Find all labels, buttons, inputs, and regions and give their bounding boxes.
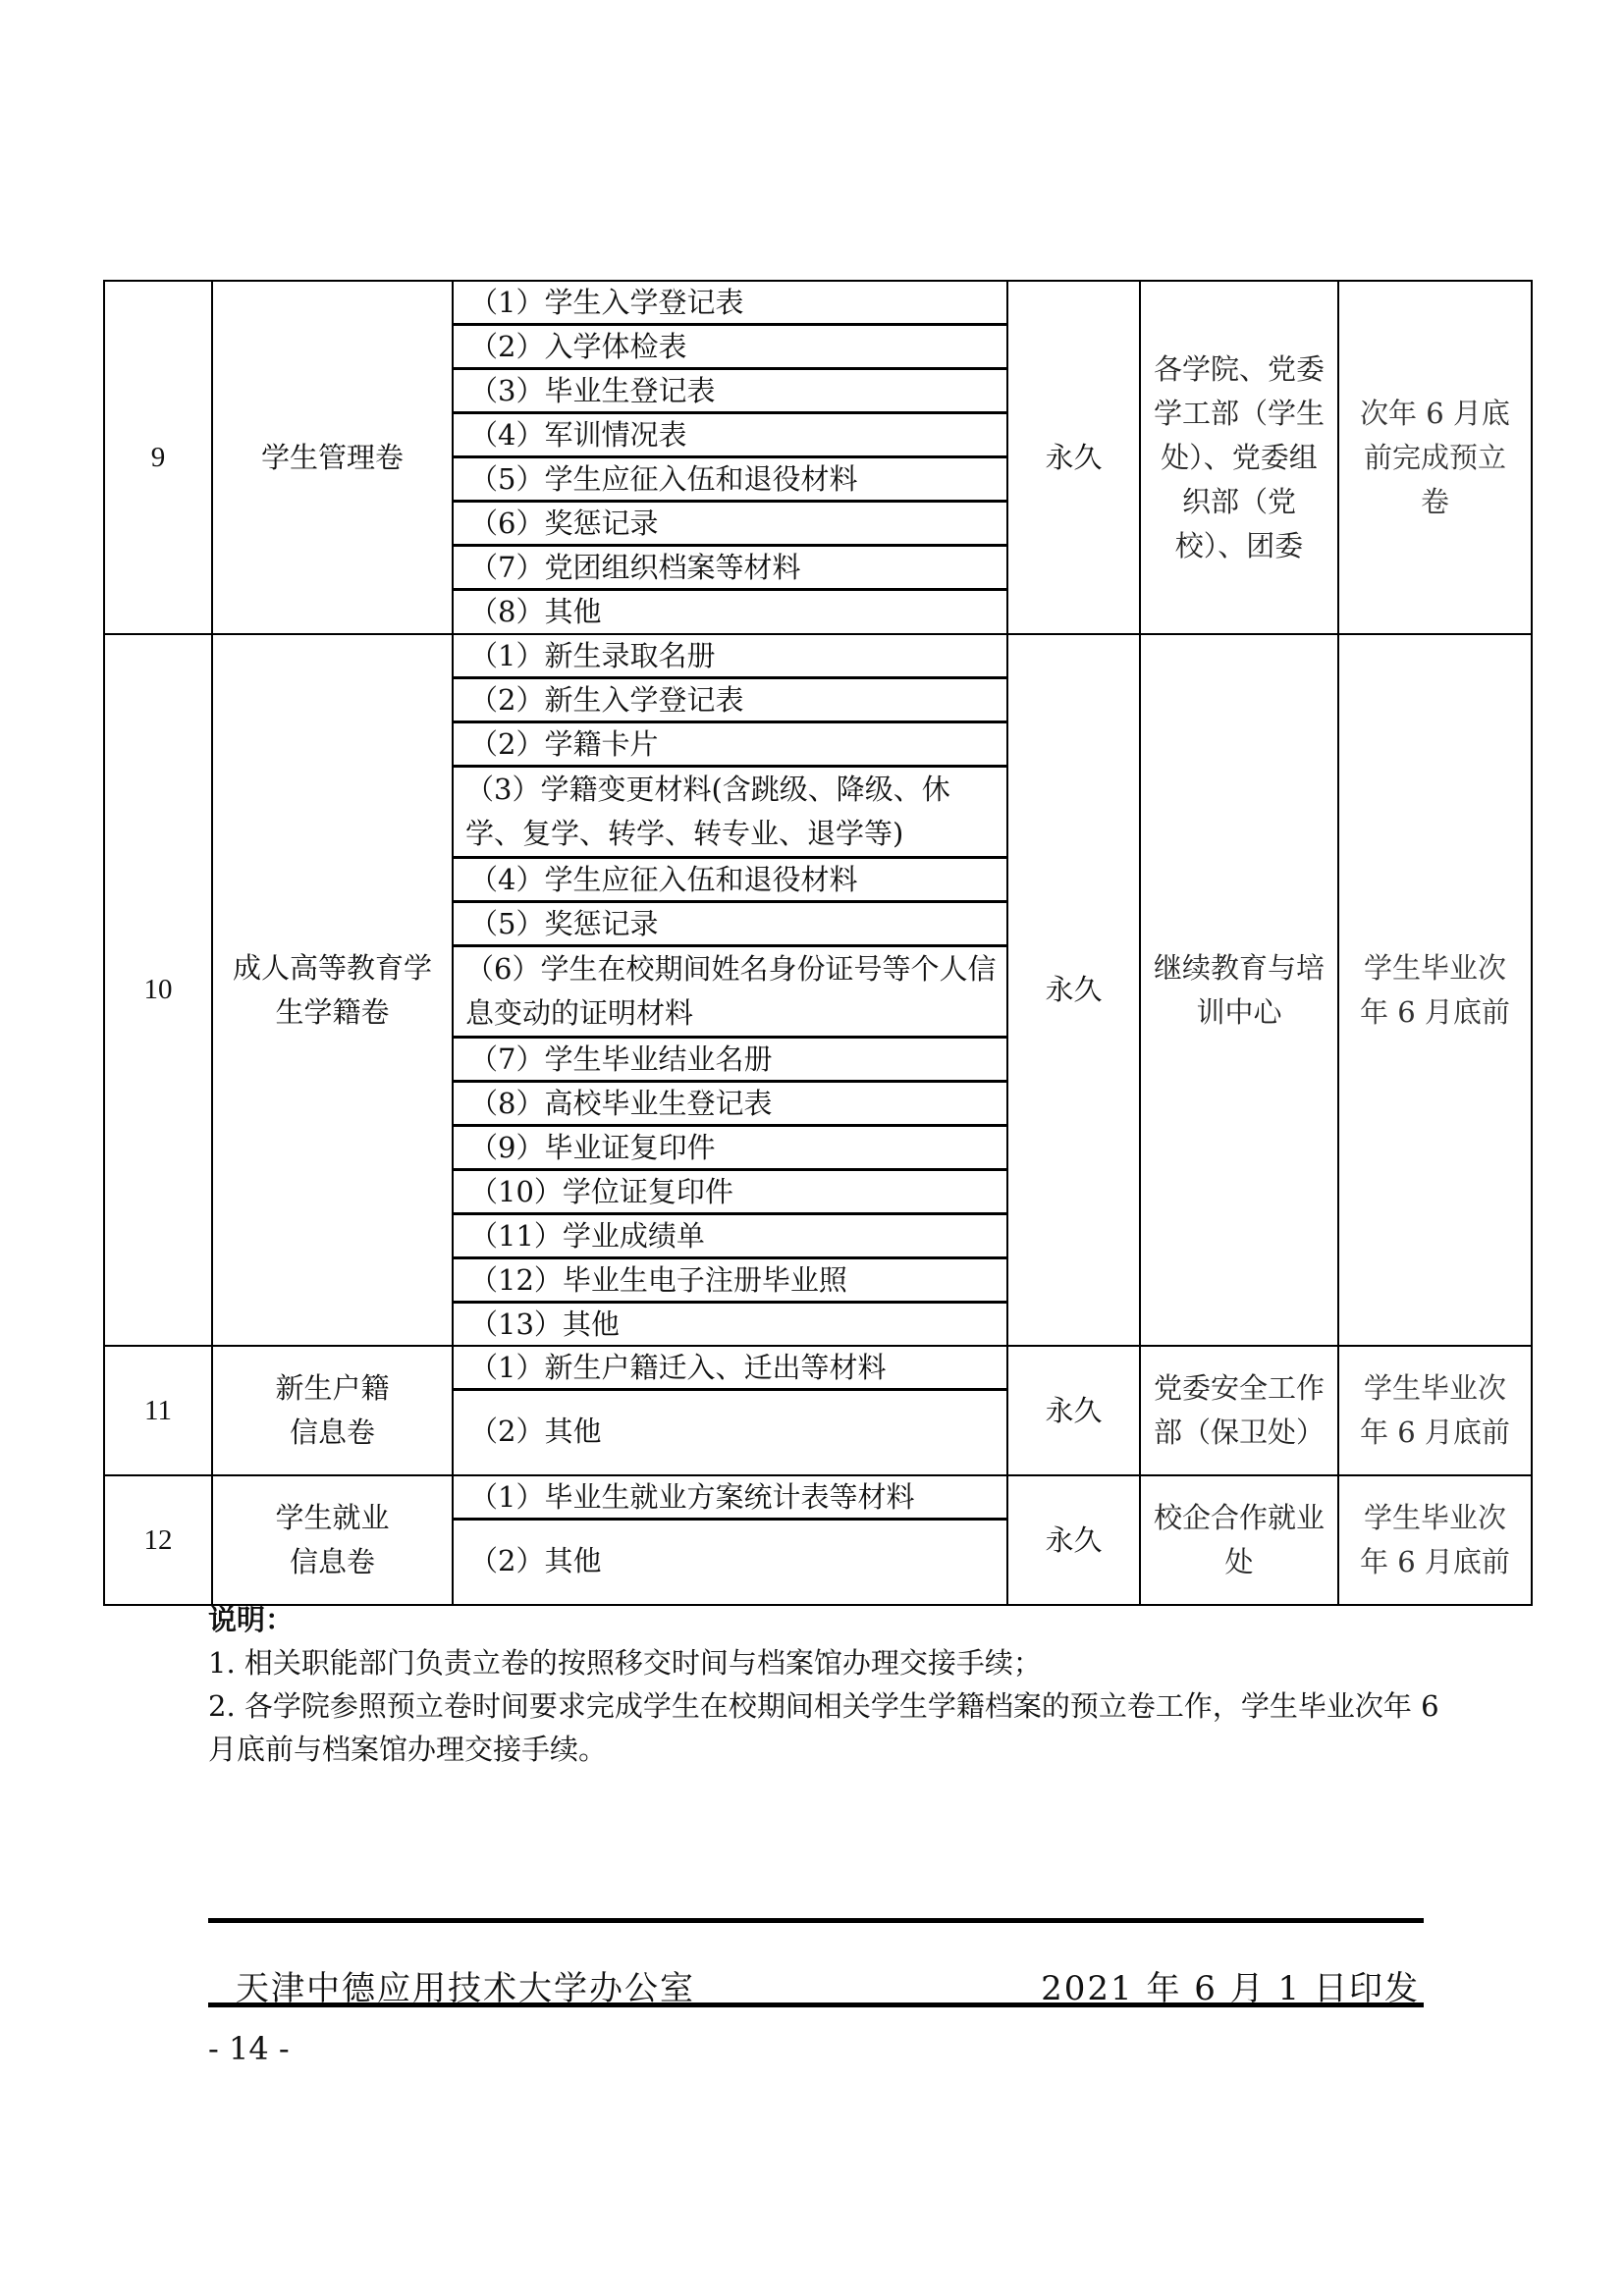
row-number: 11 (104, 1346, 212, 1475)
list-item: （2）入学体检表 (454, 326, 1006, 370)
list-item: （5）学生应征入伍和退役材料 (454, 458, 1006, 503)
responsible-department: 各学院、党委学工部（学生处）、党委组织部（党校）、团委 (1140, 281, 1338, 634)
notes-section: 说明： 1. 相关职能部门负责立卷的按照移交时间与档案馆办理交接手续； 2. 各… (208, 1598, 1445, 1771)
list-item: （7）党团组织档案等材料 (454, 547, 1006, 591)
list-item: （1）新生户籍迁入、迁出等材料 (454, 1347, 1006, 1391)
list-item: （4）学生应征入伍和退役材料 (454, 859, 1006, 903)
list-item: （10）学位证复印件 (454, 1171, 1006, 1215)
list-item: （1）毕业生就业方案统计表等材料 (454, 1476, 1006, 1521)
list-item: （13）其他 (454, 1304, 1006, 1345)
item-list: （1）学生入学登记表 （2）入学体检表 （3）毕业生登记表 （4）军训情况表 （… (453, 281, 1007, 634)
list-item: （3）学籍变更材料(含跳级、降级、休学、复学、转学、转专业、退学等) (454, 768, 1006, 859)
volume-title: 成人高等教育学生学籍卷 (212, 634, 453, 1346)
table-row: 12 学生就业信息卷 （1）毕业生就业方案统计表等材料 （2）其他 永久 校企合… (104, 1475, 1532, 1605)
list-item: （12）毕业生电子注册毕业照 (454, 1259, 1006, 1304)
list-item: （6）奖惩记录 (454, 503, 1006, 547)
page-number: - 14 - (208, 2030, 290, 2067)
item-list: （1）新生户籍迁入、迁出等材料 （2）其他 (453, 1346, 1007, 1475)
note-line: 2. 各学院参照预立卷时间要求完成学生在校期间相关学生学籍档案的预立卷工作，学生… (208, 1684, 1445, 1771)
list-item: （5）奖惩记录 (454, 903, 1006, 947)
list-item: （11）学业成绩单 (454, 1215, 1006, 1259)
table-row: 10 成人高等教育学生学籍卷 （1）新生录取名册 （2）新生入学登记表 （2）学… (104, 634, 1532, 1346)
responsible-department: 校企合作就业处 (1140, 1475, 1338, 1605)
retention-period: 永久 (1007, 281, 1140, 634)
list-item: （2）新生入学登记表 (454, 679, 1006, 723)
deadline: 次年 6 月底前完成预立卷 (1338, 281, 1532, 634)
row-number: 12 (104, 1475, 212, 1605)
list-item: （6）学生在校期间姓名身份证号等个人信息变动的证明材料 (454, 947, 1006, 1039)
archive-table: 9 学生管理卷 （1）学生入学登记表 （2）入学体检表 （3）毕业生登记表 （4… (103, 280, 1533, 1606)
deadline: 学生毕业次年 6 月底前 (1338, 634, 1532, 1346)
row-number: 10 (104, 634, 212, 1346)
volume-title: 新生户籍信息卷 (212, 1346, 453, 1475)
retention-period: 永久 (1007, 1475, 1140, 1605)
responsible-department: 党委安全工作部（保卫处） (1140, 1346, 1338, 1475)
item-list: （1）新生录取名册 （2）新生入学登记表 （2）学籍卡片 （3）学籍变更材料(含… (453, 634, 1007, 1346)
table-row: 11 新生户籍信息卷 （1）新生户籍迁入、迁出等材料 （2）其他 永久 党委安全… (104, 1346, 1532, 1475)
row-number: 9 (104, 281, 212, 634)
list-item: （8）其他 (454, 591, 1006, 632)
document-page: 9 学生管理卷 （1）学生入学登记表 （2）入学体检表 （3）毕业生登记表 （4… (0, 0, 1624, 2296)
responsible-department: 继续教育与培训中心 (1140, 634, 1338, 1346)
volume-title: 学生就业信息卷 (212, 1475, 453, 1605)
item-list: （1）毕业生就业方案统计表等材料 （2）其他 (453, 1475, 1007, 1605)
list-item: （3）毕业生登记表 (454, 370, 1006, 414)
notes-title: 说明： (208, 1598, 1445, 1641)
list-item: （2）其他 (454, 1521, 1006, 1601)
list-item: （1）新生录取名册 (454, 635, 1006, 679)
retention-period: 永久 (1007, 1346, 1140, 1475)
note-line: 1. 相关职能部门负责立卷的按照移交时间与档案馆办理交接手续； (208, 1641, 1445, 1684)
list-item: （9）毕业证复印件 (454, 1127, 1006, 1171)
footer-bottom-rule (208, 2002, 1424, 2007)
list-item: （2）学籍卡片 (454, 723, 1006, 768)
deadline: 学生毕业次年 6 月底前 (1338, 1346, 1532, 1475)
retention-period: 永久 (1007, 634, 1140, 1346)
volume-title: 学生管理卷 (212, 281, 453, 634)
list-item: （2）其他 (454, 1391, 1006, 1471)
list-item: （8）高校毕业生登记表 (454, 1083, 1006, 1127)
list-item: （7）学生毕业结业名册 (454, 1039, 1006, 1083)
list-item: （4）军训情况表 (454, 414, 1006, 458)
footer-top-rule (208, 1918, 1424, 1923)
table-row: 9 学生管理卷 （1）学生入学登记表 （2）入学体检表 （3）毕业生登记表 （4… (104, 281, 1532, 634)
list-item: （1）学生入学登记表 (454, 282, 1006, 326)
deadline: 学生毕业次年 6 月底前 (1338, 1475, 1532, 1605)
